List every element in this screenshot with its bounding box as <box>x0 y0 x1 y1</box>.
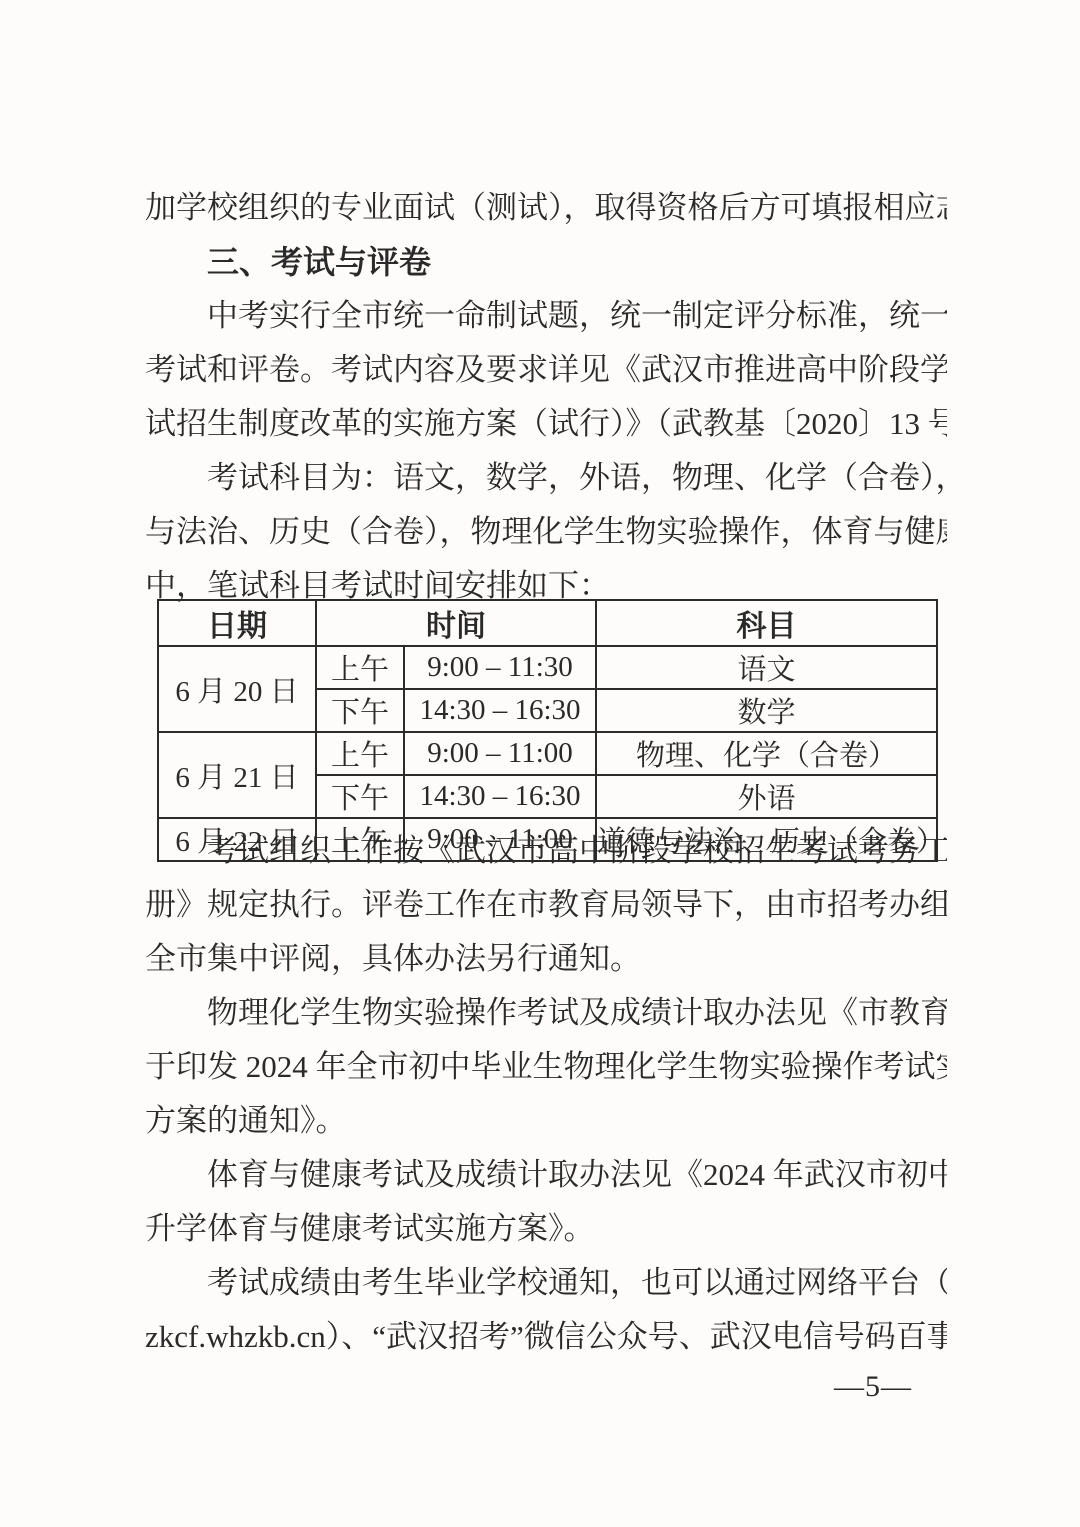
paragraph-line: 中考实行全市统一命制试题，统一制定评分标准，统一组织 <box>145 289 947 343</box>
cell-session: 上午 <box>316 732 404 775</box>
paragraph-line: 全市集中评阅，具体办法另行通知。 <box>145 932 947 986</box>
document-page: 加学校组织的专业面试（测试），取得资格后方可填报相应志愿。 三、考试与评卷 中考… <box>0 0 1080 1527</box>
cell-subject: 数学 <box>596 689 937 732</box>
paragraph-line: 升学体育与健康考试实施方案》。 <box>145 1202 947 1256</box>
cell-subject: 物理、化学（合卷） <box>596 732 937 775</box>
paragraph-line: 与法治、历史（合卷），物理化学生物实验操作，体育与健康。其 <box>145 505 947 559</box>
cell-session: 下午 <box>316 775 404 818</box>
col-header-time: 时间 <box>316 600 596 646</box>
paragraph-line: 体育与健康考试及成绩计取办法见《2024 年武汉市初中毕业 <box>145 1148 947 1202</box>
table-row: 6 月 21 日 上午 9:00 – 11:00 物理、化学（合卷） <box>158 732 937 775</box>
page-number: —5— <box>834 1370 912 1404</box>
cell-time: 9:00 – 11:30 <box>404 646 596 689</box>
paragraph-line: zkcf.whzkb.cn）、“武汉招考”微信公众号、武汉电信号码百事通 <box>145 1310 947 1364</box>
cell-date: 6 月 21 日 <box>158 732 316 818</box>
text-block-top: 加学校组织的专业面试（测试），取得资格后方可填报相应志愿。 三、考试与评卷 中考… <box>145 181 947 613</box>
paragraph-line: 考试成绩由考生毕业学校通知，也可以通过网络平台（网址 <box>145 1256 947 1310</box>
cell-subject: 语文 <box>596 646 937 689</box>
text-block-bottom: 考试组织工作按《武汉市高中阶段学校招生考试考务工作手 册》规定执行。评卷工作在市… <box>145 824 947 1364</box>
table-row: 6 月 20 日 上午 9:00 – 11:30 语文 <box>158 646 937 689</box>
paragraph-line: 方案的通知》。 <box>145 1094 947 1148</box>
cell-subject: 外语 <box>596 775 937 818</box>
paragraph-line: 考试组织工作按《武汉市高中阶段学校招生考试考务工作手 <box>145 824 947 878</box>
paragraph-line: 试招生制度改革的实施方案（试行）》（武教基〔2020〕13 号）。 <box>145 397 947 451</box>
cell-time: 14:30 – 16:30 <box>404 775 596 818</box>
col-header-date: 日期 <box>158 600 316 646</box>
table-header-row: 日期 时间 科目 <box>158 600 937 646</box>
col-header-subject: 科目 <box>596 600 937 646</box>
section-heading: 三、考试与评卷 <box>145 235 947 289</box>
paragraph-line: 于印发 2024 年全市初中毕业生物理化学生物实验操作考试实施 <box>145 1040 947 1094</box>
paragraph-line: 物理化学生物实验操作考试及成绩计取办法见《市教育局关 <box>145 986 947 1040</box>
paragraph-line: 册》规定执行。评卷工作在市教育局领导下，由市招考办组织， <box>145 878 947 932</box>
paragraph-line: 加学校组织的专业面试（测试），取得资格后方可填报相应志愿。 <box>145 181 947 235</box>
cell-time: 9:00 – 11:00 <box>404 732 596 775</box>
cell-time: 14:30 – 16:30 <box>404 689 596 732</box>
paragraph-line: 考试科目为：语文，数学，外语，物理、化学（合卷），道德 <box>145 451 947 505</box>
cell-session: 下午 <box>316 689 404 732</box>
cell-session: 上午 <box>316 646 404 689</box>
paragraph-line: 考试和评卷。考试内容及要求详见《武汉市推进高中阶段学校考 <box>145 343 947 397</box>
cell-date: 6 月 20 日 <box>158 646 316 732</box>
exam-schedule-table: 日期 时间 科目 6 月 20 日 上午 9:00 – 11:30 语文 下午 … <box>157 599 938 862</box>
